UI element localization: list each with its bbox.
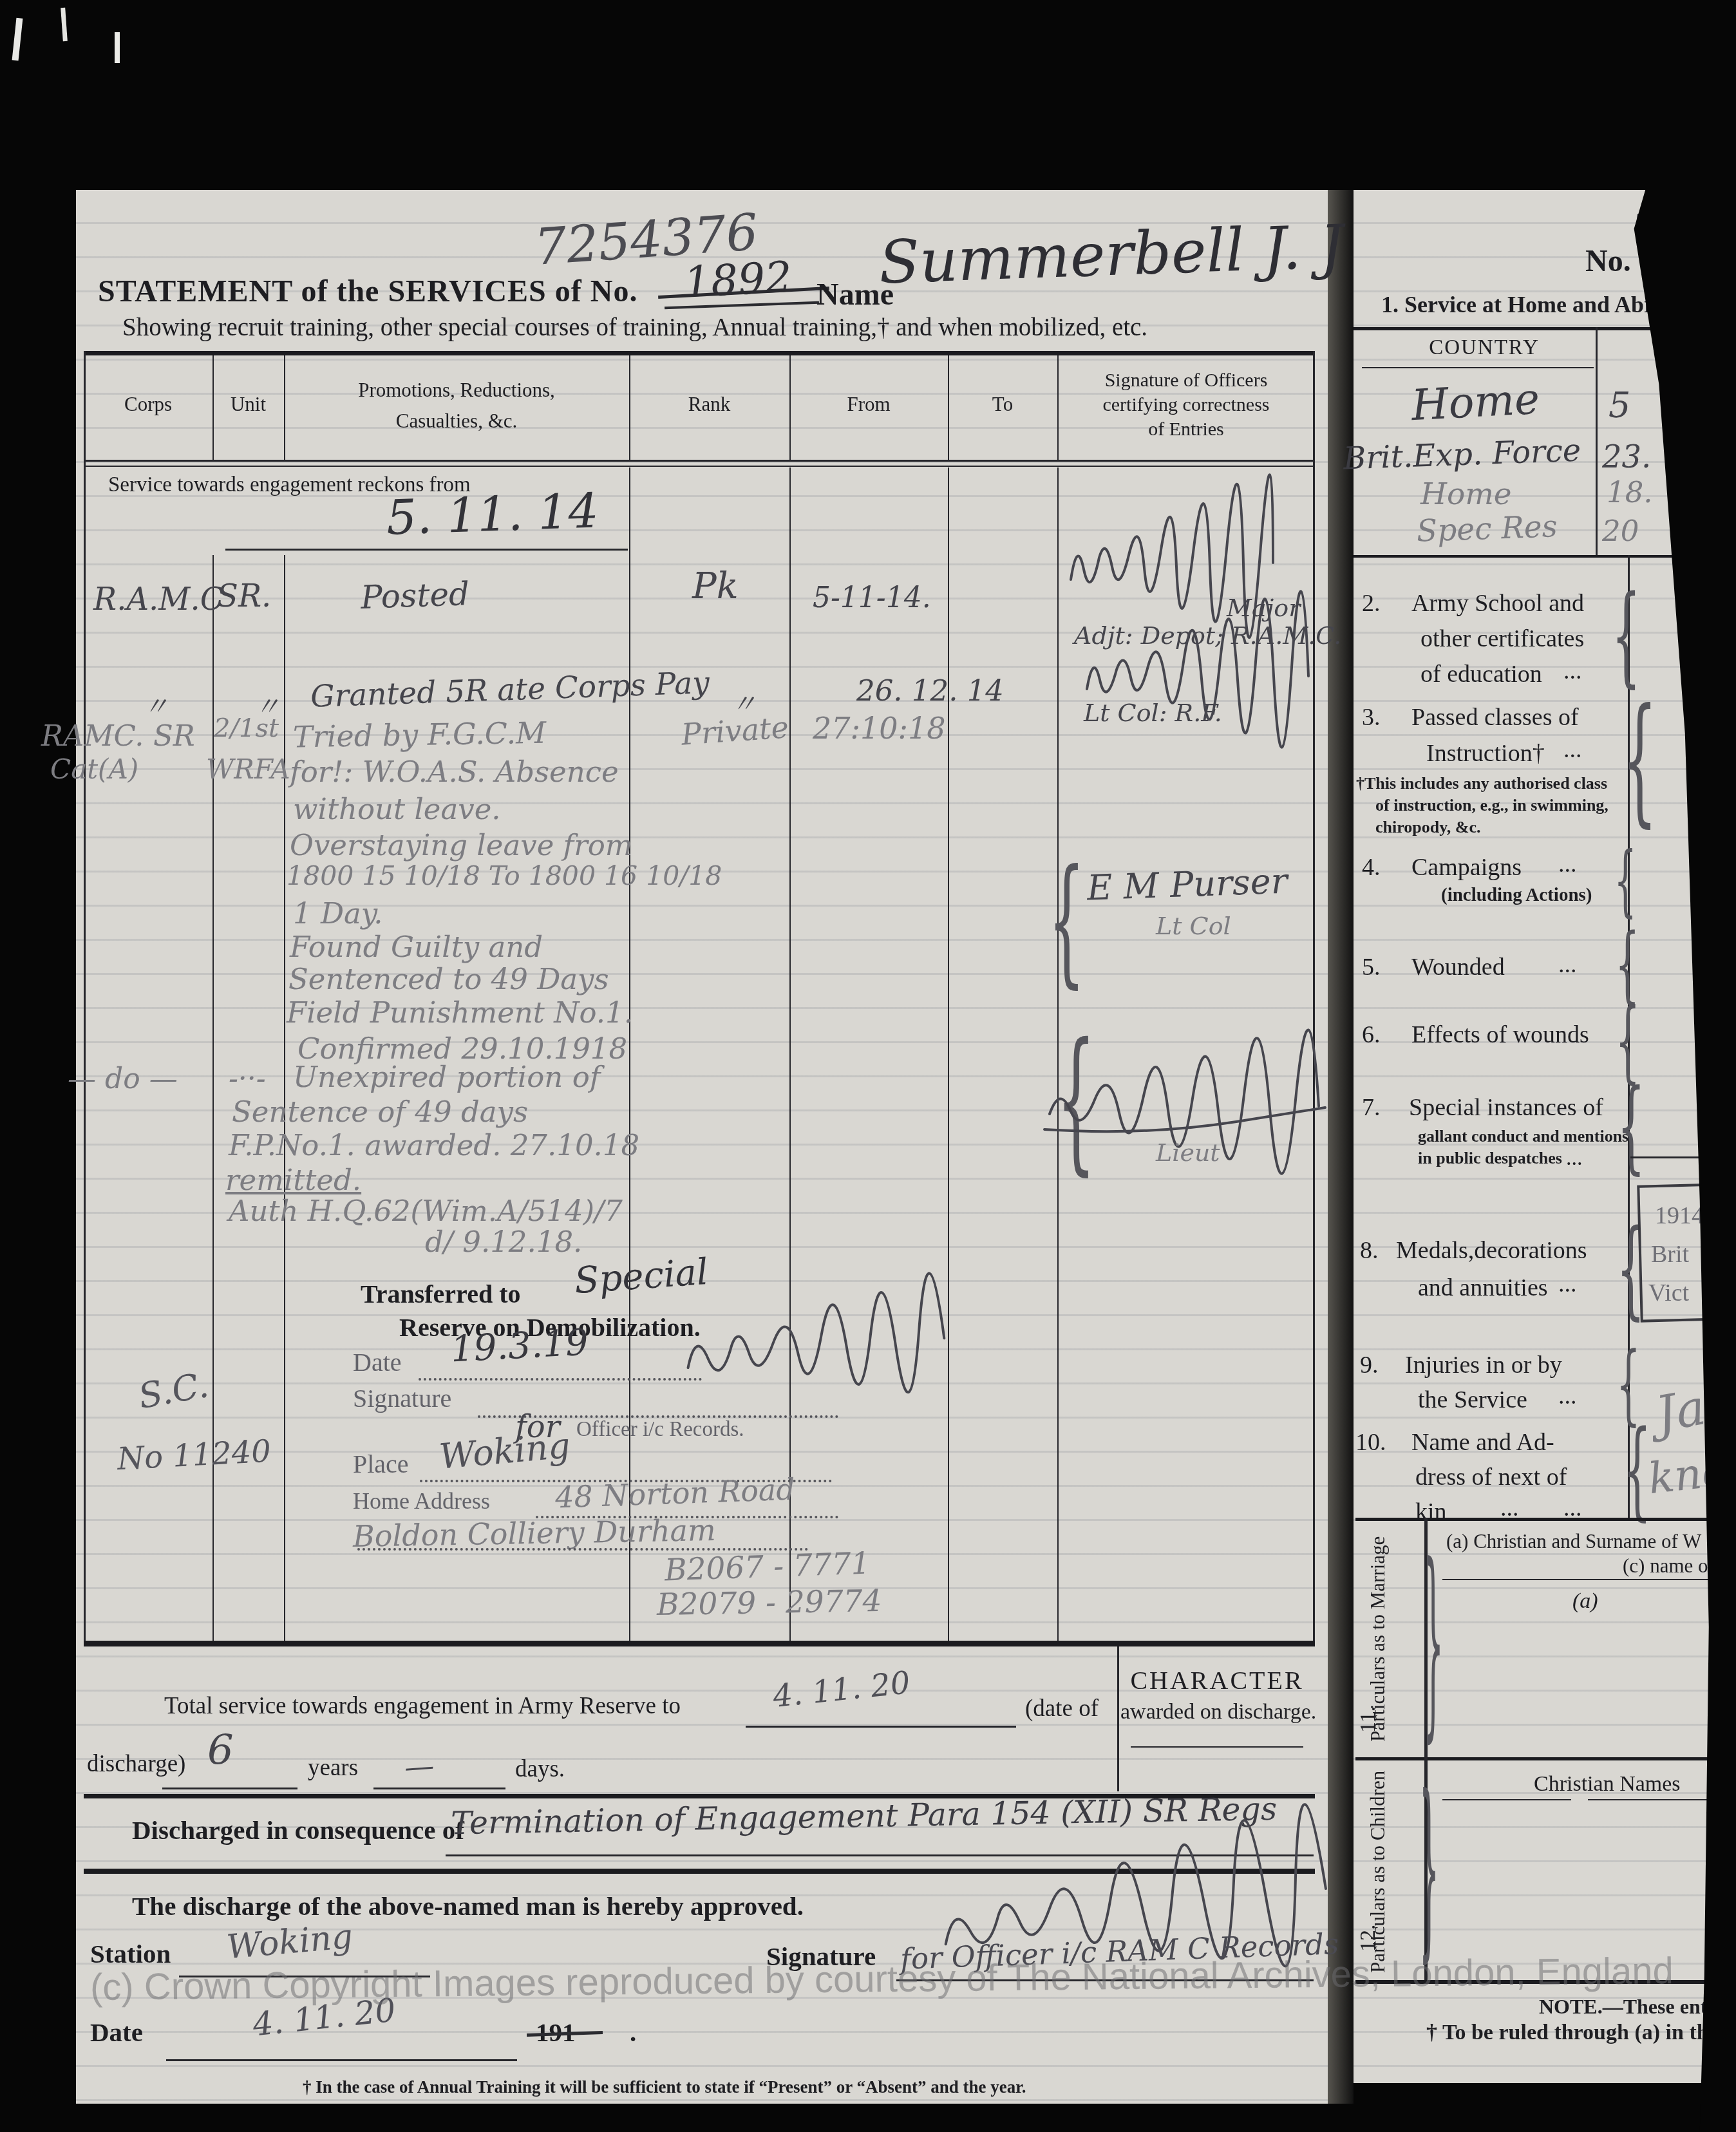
item-line: the Service bbox=[1418, 1386, 1527, 1414]
demob-signature-label: Signature bbox=[353, 1383, 451, 1413]
item-brace: { bbox=[1618, 1077, 1645, 1176]
discharge-word: discharge) bbox=[87, 1750, 185, 1778]
item-number: 8. bbox=[1360, 1236, 1379, 1265]
charge-line: Tried by F.G.C.M bbox=[293, 715, 547, 755]
item-line: Effects of wounds bbox=[1411, 1021, 1589, 1049]
days-label: days. bbox=[515, 1755, 565, 1783]
item-brace: { bbox=[1614, 842, 1637, 920]
date-label: Date bbox=[90, 2017, 143, 2048]
item-dots: ... bbox=[1563, 735, 1582, 764]
item-line: Campaigns bbox=[1411, 853, 1522, 882]
item-line: Injuries in or by bbox=[1405, 1351, 1562, 1379]
col-header-unit: Unit bbox=[212, 393, 284, 416]
page-gutter bbox=[1328, 190, 1354, 2104]
section-brace: } bbox=[1419, 1771, 1439, 1964]
item-line: Army School and bbox=[1411, 589, 1584, 618]
item-subline: (including Actions) bbox=[1441, 885, 1592, 906]
no-label: No. bbox=[1585, 243, 1631, 279]
entry-corps: R.A.M.C bbox=[93, 581, 223, 618]
transferred-label: Transferred to bbox=[361, 1279, 520, 1309]
item-line: and annuities bbox=[1418, 1274, 1548, 1302]
charge-line: for!: W.O.A.S. Absence bbox=[290, 755, 619, 789]
home-address-label: Home Address bbox=[353, 1487, 490, 1514]
item-line: Wounded bbox=[1411, 953, 1505, 981]
service-country: Home bbox=[1410, 374, 1541, 430]
remission-line: Auth H.Q.62(Wim.A/514)/7 bbox=[229, 1194, 623, 1228]
section-brace: } bbox=[1423, 1538, 1444, 1744]
item-brace: { bbox=[1622, 690, 1657, 829]
blank-line bbox=[166, 2059, 517, 2061]
item-line: Passed classes of bbox=[1411, 703, 1579, 731]
service-country: Spec Res bbox=[1416, 509, 1558, 549]
header-underline bbox=[84, 460, 1315, 462]
col-header-signature: Signature of Officers bbox=[1057, 370, 1315, 391]
header-line bbox=[1442, 1579, 1736, 1580]
character-line bbox=[1131, 1746, 1303, 1748]
reference-code: B2067 - 7771 bbox=[664, 1545, 871, 1588]
character-subtitle: awarded on discharge. bbox=[1120, 1700, 1314, 1724]
entry-unit: SR. bbox=[217, 578, 271, 614]
children-header: Christian Names bbox=[1534, 1772, 1681, 1797]
col-header-rank: Rank bbox=[629, 393, 789, 416]
col-line bbox=[948, 467, 949, 1641]
item-dots: ... bbox=[1558, 950, 1577, 979]
item-dots: ... bbox=[1558, 1382, 1577, 1410]
blank-line bbox=[373, 1788, 505, 1789]
remission-line: F.P.No.1. awarded. 27.10.18 bbox=[229, 1128, 639, 1162]
ditto-mark: -··- bbox=[229, 1062, 266, 1095]
blank-line bbox=[162, 1788, 297, 1789]
stamp-line: Brit bbox=[1651, 1240, 1689, 1269]
demob-date-value: 19.3.19 bbox=[449, 1321, 589, 1370]
entry-corps: RAMC. SR bbox=[41, 719, 195, 753]
days-dash: — bbox=[403, 1748, 435, 1784]
service-date-underline bbox=[225, 549, 628, 551]
item-footnote: of instruction, e.g., in swimming, bbox=[1375, 796, 1609, 815]
remission-line: Unexpired portion of bbox=[293, 1060, 600, 1094]
total-service-label: Total service towards engagement in Army… bbox=[164, 1692, 681, 1720]
item-footnote: chiropody, &c. bbox=[1375, 818, 1480, 837]
service-value: 23. bbox=[1602, 439, 1651, 475]
item-subline: gallant conduct and mentions bbox=[1418, 1127, 1628, 1146]
grouping-brace: { bbox=[1048, 851, 1085, 990]
service-value: 20 bbox=[1602, 514, 1639, 548]
character-divider bbox=[1117, 1646, 1119, 1791]
discharged-label: Discharged in consequence of bbox=[132, 1815, 464, 1845]
item-subline: in public despatches bbox=[1418, 1149, 1562, 1168]
item-number: 5. bbox=[1362, 953, 1381, 981]
item-number: 3. bbox=[1362, 703, 1381, 731]
col-line bbox=[629, 467, 630, 1641]
entry-unit: 2/1st bbox=[214, 713, 279, 743]
item-line: Special instances of bbox=[1409, 1093, 1603, 1122]
dotted-line bbox=[419, 1378, 702, 1381]
entry-from-date: 5-11-14. bbox=[813, 581, 931, 614]
item-line: of education bbox=[1420, 660, 1542, 688]
signature-scrawl bbox=[1083, 644, 1315, 702]
date-of-label: (date of bbox=[1025, 1695, 1099, 1722]
reference-code: B2079 - 29774 bbox=[657, 1583, 882, 1623]
scanned-service-record: 7254376 STATEMENT of the SERVICES of No.… bbox=[0, 0, 1736, 2132]
item-dots: ... bbox=[1563, 657, 1582, 685]
page-title: STATEMENT of the SERVICES of No. bbox=[98, 274, 637, 309]
signature-certifier: Lt Col: R.F. bbox=[1084, 699, 1222, 727]
col-header-promotions: Promotions, Reductions, bbox=[284, 379, 629, 402]
item-number: 2. bbox=[1362, 589, 1381, 618]
film-artifact bbox=[61, 8, 68, 41]
stamp-line: 1914 bbox=[1655, 1202, 1704, 1230]
col-line bbox=[284, 355, 285, 460]
entry-unit2: WRFA bbox=[206, 753, 290, 785]
charge-line: 1 Day. bbox=[293, 896, 383, 930]
header-line bbox=[1442, 1799, 1571, 1800]
item-footnote: †This includes any authorised class bbox=[1356, 774, 1607, 793]
children-section-label: Particulars as to Children bbox=[1366, 1766, 1390, 1978]
footnote: † In the case of Annual Training it will… bbox=[303, 2077, 1026, 2097]
country-header: COUNTRY bbox=[1372, 336, 1597, 360]
struck-old-number: 1892 bbox=[683, 252, 793, 308]
marriage-section-label: Particulars as to Marriage bbox=[1366, 1526, 1390, 1751]
film-artifact bbox=[115, 32, 120, 63]
col-header-to: To bbox=[948, 393, 1057, 416]
place-label: Place bbox=[353, 1449, 409, 1479]
section-rule bbox=[1355, 1757, 1736, 1760]
item-dots: ... bbox=[1566, 1146, 1583, 1171]
item-number: 4. bbox=[1362, 853, 1381, 882]
marriage-cell-a: (a) bbox=[1572, 1589, 1598, 1614]
item-line: Name and Ad- bbox=[1411, 1428, 1554, 1457]
entry-from-date: 27:10:18 bbox=[813, 711, 946, 746]
blank-line bbox=[446, 1854, 1314, 1856]
col-header-promotions2: Casualties, &c. bbox=[284, 410, 629, 433]
character-title: CHARACTER bbox=[1120, 1665, 1314, 1695]
header-underline2 bbox=[84, 466, 1315, 467]
marriage-header-c: (c) name of bbox=[1623, 1554, 1715, 1578]
col-header-corps: Corps bbox=[84, 393, 212, 416]
table-left-border bbox=[84, 351, 86, 1646]
item-number: 7. bbox=[1362, 1093, 1381, 1122]
years-value: 6 bbox=[207, 1727, 234, 1775]
service-reckons-date: 5. 11. 14 bbox=[386, 483, 599, 545]
approved-statement: The discharge of the above-named man is … bbox=[132, 1891, 804, 1921]
marriage-header-a: (a) Christian and Surname of W bbox=[1446, 1530, 1701, 1553]
item-number: 9. bbox=[1360, 1351, 1379, 1379]
signature-scrawl bbox=[1043, 1074, 1326, 1145]
remission-line: remitted. bbox=[225, 1163, 361, 1197]
table-right-border bbox=[1313, 351, 1315, 1646]
service-value: 18. bbox=[1607, 475, 1653, 509]
item-line: dress of next of bbox=[1415, 1463, 1567, 1491]
stamp-line: Vict bbox=[1648, 1279, 1689, 1307]
next-of-kin-hand: Ja bbox=[1652, 1378, 1710, 1443]
charge-line: Overstaying leave from bbox=[290, 828, 633, 862]
col-line bbox=[1596, 327, 1598, 555]
years-label: years bbox=[308, 1754, 358, 1782]
charge-line: Sentenced to 49 Days bbox=[288, 962, 609, 996]
item-line: Instruction† bbox=[1426, 739, 1545, 768]
blank-line bbox=[746, 1726, 1016, 1728]
subtitle: Showing recruit training, other special … bbox=[122, 313, 1147, 342]
item-number: 10. bbox=[1355, 1428, 1386, 1457]
item-dots: ... bbox=[1558, 850, 1577, 878]
item-line: Medals,decorations bbox=[1396, 1236, 1587, 1265]
col-header-signature2: certifying correctness bbox=[1057, 394, 1315, 416]
item-line: other certificates bbox=[1420, 625, 1584, 653]
col-header-from: From bbox=[789, 393, 948, 416]
entry-promotion: Posted bbox=[360, 575, 470, 616]
charge-line: 1800 15 10/18 To 1800 16 10/18 bbox=[287, 860, 722, 891]
ditto-corps: 〃 bbox=[143, 686, 169, 723]
film-artifact bbox=[12, 18, 23, 61]
header-line bbox=[1362, 367, 1594, 368]
service-value: 5 bbox=[1609, 385, 1630, 426]
period: . bbox=[630, 2017, 636, 2048]
demob-date-label: Date bbox=[353, 1347, 402, 1377]
note-line: † To be ruled through (a) in the ca bbox=[1426, 2021, 1736, 2045]
remission-line: Sentence of 49 days bbox=[232, 1095, 528, 1129]
signature-name: E M Purser bbox=[1086, 861, 1288, 909]
col-line bbox=[789, 467, 791, 1641]
item-number: 6. bbox=[1362, 1021, 1381, 1049]
service-country: Home bbox=[1420, 476, 1512, 512]
entry-corps-category: Cat(A) bbox=[50, 753, 138, 785]
item-brace: { bbox=[1612, 581, 1641, 689]
table-bottom-rule bbox=[84, 1641, 1315, 1646]
ditto-do: — do — bbox=[68, 1062, 178, 1095]
remission-line: d/ 9.12.18. bbox=[425, 1225, 582, 1259]
charge-line: without leave. bbox=[293, 792, 501, 826]
officer-ic-records: Officer i/c Records. bbox=[576, 1418, 744, 1442]
charge-line: Found Guilty and bbox=[290, 930, 543, 964]
entry-from-date: 26. 12. 14 bbox=[856, 674, 1004, 708]
signature-rank: Lt Col bbox=[1156, 912, 1231, 940]
section-rule bbox=[1355, 1518, 1736, 1521]
table-top-rule bbox=[84, 351, 1315, 355]
signature-scrawl bbox=[1066, 529, 1278, 594]
charge-line: Field Punishment No.1. bbox=[287, 995, 633, 1030]
item-dots: ... bbox=[1558, 1270, 1577, 1298]
col-header-signature3: of Entries bbox=[1057, 419, 1315, 440]
signature-rank: Lieut bbox=[1156, 1138, 1220, 1167]
signature-rank-title: Major bbox=[1227, 594, 1300, 622]
entry-rank: Pk bbox=[692, 565, 739, 607]
